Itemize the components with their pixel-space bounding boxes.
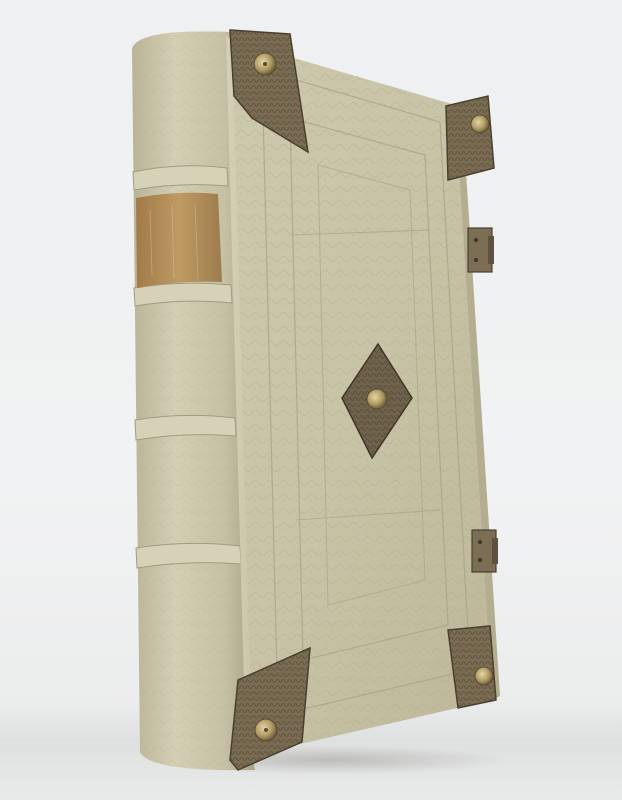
clasp-catch-lower (472, 530, 498, 572)
clasp-catch-upper (468, 228, 494, 272)
corner-boss-icon (471, 115, 489, 133)
corner-boss-icon (475, 667, 493, 685)
corner-piece-top-right (446, 96, 494, 180)
center-boss-icon (367, 389, 387, 409)
book-illustration (0, 0, 622, 800)
spine-title-label (136, 193, 222, 288)
photo-scene: Standing closed book seen from front-lef… (0, 0, 622, 800)
